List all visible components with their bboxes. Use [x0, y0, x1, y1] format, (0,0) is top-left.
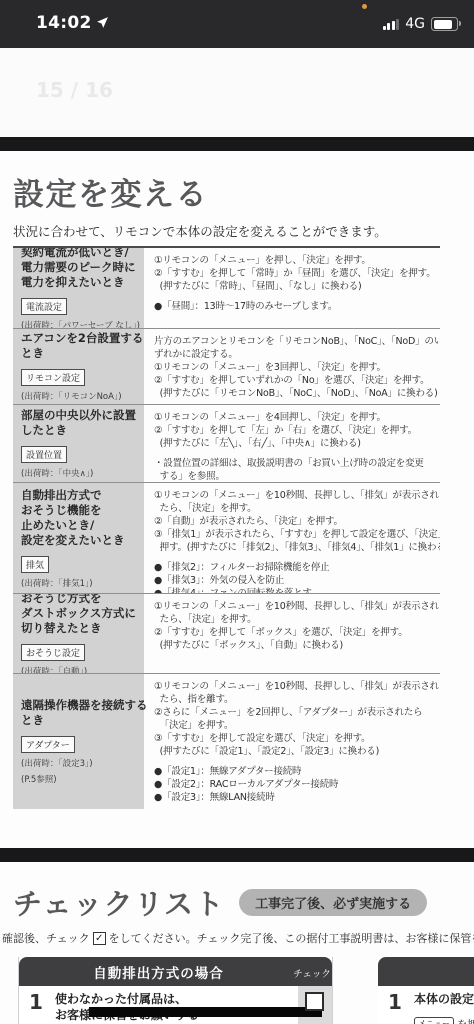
instruction-line: ②「自動」が表示されたら、「決定」を押す。 — [154, 515, 440, 528]
settings-row-left: 遠隔操作機器を接続するときアダプター(出荷時：「設定3」)(P.5参照) — [13, 674, 144, 809]
checklist-box-body: 1 本体の設定が メニュー を押し — [378, 986, 474, 1024]
instruction-line: ②さらに「メニュー」を2回押し、「アダプター」が表示されたら — [154, 706, 440, 719]
setting-tag-wrap: 設置位置 — [21, 443, 140, 463]
setting-tag-wrap: 排気 — [21, 553, 140, 573]
instruction-line: 押す。(押すたびに「排気2」、「排気3」、「排気4」、「排気1」に換わる) — [154, 541, 440, 554]
instruction-line: ②「すすむ」を押して「左」か「右」を選び、「決定」を押す。 — [154, 424, 440, 437]
instruction-line: ③「排気1」が表示されたら、「すすむ」を押して設定を選び、「決定」を — [154, 528, 440, 541]
setting-title-line: おそうじ方式を — [21, 594, 140, 606]
signal-strength-icon — [383, 19, 400, 30]
location-arrow-icon — [96, 16, 109, 29]
settings-row-left: エアコンを2台設置するときリモコン設定(出荷時：「リモコンNoA」) — [13, 329, 144, 404]
viewer-background: 15 / 16 — [0, 48, 474, 137]
setting-title-line: 切り替えたとき — [21, 621, 140, 636]
instruction-line: ①リモコンの「メニュー」を3回押し、「決定」を押す。 — [154, 361, 440, 374]
setting-title-line: 電力需要のピーク時に — [21, 260, 140, 275]
recording-indicator-dot — [362, 4, 367, 9]
settings-row: おそうじ方式をダストボックス方式に切り替えたときおそうじ設定(出荷時：「自動」)… — [13, 594, 440, 674]
instruction-line: ①リモコンの「メニュー」を10秒間、長押しし、「排気」が表示され — [154, 680, 440, 693]
item-text: 本体の設定が — [414, 991, 474, 1013]
instruction-line: ②「すすむ」を押して「ボックス」を選び、「決定」を押す。 — [154, 626, 440, 639]
checklist-box-body: 1 使わなかった付属品は、お客様に保管をお願いする — [19, 986, 332, 1024]
instruction-line: ●「排気4」：ファンの回転数を落とす — [154, 587, 440, 593]
instruction-block: ①リモコンの「メニュー」を4回押し、「決定」を押す。②「すすむ」を押して「左」か… — [154, 411, 440, 450]
checklist-box-auto-exhaust: 自動排出方式の場合 チェック 1 使わなかった付属品は、お客様に保管をお願いする — [18, 957, 333, 1024]
page-indicator: 15 / 16 — [36, 78, 113, 102]
instruction-line: (押すたびに「設定1」、「設定2」、「設定3」に換わる) — [154, 745, 440, 758]
instruction-block: ①リモコンの「メニュー」を10秒間、長押しし、「排気」が表示され たら、「決定」… — [154, 600, 440, 652]
instruction-line: ②「すすむ」を押していずれかの「No」を選び、「決定」を押す。 — [154, 374, 440, 387]
item-instruction-suffix: を押し — [457, 1016, 474, 1024]
check-column-label: チェック — [292, 966, 332, 980]
setting-tag-wrap: おそうじ設定 — [21, 641, 140, 661]
checkbox — [305, 992, 324, 1011]
checklist-item: 1 使わなかった付属品は、お客様に保管をお願いする — [19, 986, 332, 1023]
setting-default-note: (出荷時：「排気1」) — [21, 577, 140, 589]
checklist-note: 確認後、チェック ✓ をしてください。チェック完了後、この据付工事説明書は、お客… — [2, 930, 474, 946]
instruction-line: たら、「決定」を押す。 — [154, 502, 440, 515]
instruction-line: ②「すすむ」を押して「常時」か「昼間」を選び、「決定」を押す。 — [154, 267, 440, 280]
instruction-block: ●「排気2」：フィルターお掃除機能を停止●「排気3」：外気の侵入を防止●「排気4… — [154, 561, 440, 593]
settings-row-left: 部屋の中央以外に設置したとき設置位置(出荷時：「中央∧」) — [13, 405, 144, 482]
page-separator-bar — [0, 848, 474, 862]
network-type-label: 4G — [405, 16, 425, 32]
checklist-title: チェックリスト — [13, 882, 225, 923]
instruction-line: ①リモコンの「メニュー」を10秒間、長押しし、「排気」が表示され — [154, 489, 440, 502]
settings-row-right: ①リモコンの「メニュー」を10秒間、長押しし、「排気」が表示され たら、「決定」… — [144, 483, 440, 593]
instruction-line: ●「設定3」：無線LAN接続時 — [154, 791, 440, 804]
setting-title-line: 遠隔操作機器を接続する — [21, 698, 140, 713]
instruction-line: ①リモコンの「メニュー」を10秒間、長押しし、「排気」が表示され — [154, 600, 440, 613]
setting-title-line: エアコンを2台設置する — [21, 331, 140, 346]
instruction-line: ●「設定2」：RACローカルアダプター接続時 — [154, 778, 440, 791]
status-bar: 14:02 4G — [0, 0, 474, 48]
setting-title-line: おそうじ機能を — [21, 503, 140, 518]
instruction-block: 片方のエアコンとリモコンを「リモコンNoB」、「NoC」、「NoD」のいずれかに… — [154, 335, 440, 400]
setting-default-note: (出荷時：「リモコンNoA」) — [21, 390, 140, 402]
item-number: 1 — [388, 991, 414, 1013]
setting-title-line: とき — [21, 713, 140, 728]
section-title: 設定を変える — [13, 169, 208, 214]
setting-title-line: ダストボックス方式に — [21, 606, 140, 621]
checklist-item: 1 本体の設定が — [378, 986, 474, 1013]
settings-row: 自動排出方式でおそうじ機能を止めたいとき/設定を変えたいとき排気(出荷時：「排気… — [13, 483, 440, 594]
setting-tag: 電流設定 — [21, 298, 67, 315]
setting-title-line: 部屋の中央以外に設置 — [21, 408, 140, 423]
instruction-block: ①リモコンの「メニュー」を押し、「決定」を押す。②「すすむ」を押して「常時」か「… — [154, 254, 440, 293]
menu-button-icon: メニュー — [414, 1017, 454, 1024]
instruction-line: ずれかに設定する。 — [154, 348, 440, 361]
checklist-box-header-title: 自動排出方式の場合 — [19, 957, 298, 986]
setting-title-line: したとき — [21, 423, 140, 438]
setting-default-note: (出荷時：「中央∧」) — [21, 467, 140, 479]
setting-tag-wrap: アダプター — [21, 733, 140, 753]
setting-default-note: (出荷時：「パワーセーブ なし」) — [21, 319, 140, 329]
setting-title-line: とき — [21, 346, 140, 361]
setting-default-note: (P.5参照) — [21, 773, 140, 785]
instruction-block: ①リモコンの「メニュー」を10秒間、長押しし、「排気」が表示され たら、指を離す… — [154, 680, 440, 758]
instruction-line: ●「排気2」：フィルターお掃除機能を停止 — [154, 561, 440, 574]
instruction-line: (押すたびに「リモコンNoB」、「NoC」、「NoD」、「NoA」に換わる) — [154, 387, 440, 400]
item-text-line1: 使わなかった付属品は、 — [55, 992, 187, 1006]
setting-default-note: (出荷時：「自動」) — [21, 665, 140, 675]
instruction-line: ①リモコンの「メニュー」を押し、「決定」を押す。 — [154, 254, 440, 267]
clock: 14:02 — [36, 13, 92, 33]
settings-row-left: おそうじ方式をダストボックス方式に切り替えたときおそうじ設定(出荷時：「自動」) — [13, 594, 144, 673]
setting-tag-wrap: リモコン設定 — [21, 366, 140, 386]
instruction-line: ●「昼間」：13時〜17時のみセーブします。 — [154, 300, 440, 313]
instruction-line: たら、指を離す。 — [154, 693, 440, 706]
setting-title-line: 設定を変えたいとき — [21, 533, 140, 548]
settings-row-left: 契約電流が低いとき/電力需要のピーク時に電力を抑えたいとき電流設定(出荷時：「パ… — [13, 248, 144, 328]
setting-default-note: (出荷時：「設定3」) — [21, 757, 140, 769]
settings-row-right: ①リモコンの「メニュー」を10秒間、長押しし、「排気」が表示され たら、「決定」… — [144, 594, 440, 673]
settings-row: 遠隔操作機器を接続するときアダプター(出荷時：「設定3」)(P.5参照)①リモコ… — [13, 674, 440, 809]
setting-title-line: 電力を抑えたいとき — [21, 275, 140, 290]
settings-row-right: ①リモコンの「メニュー」を押し、「決定」を押す。②「すすむ」を押して「常時」か「… — [144, 248, 440, 328]
section-intro: 状況に合わせて、リモコンで本体の設定を変えることができます。 — [13, 222, 387, 240]
instruction-line: (押すたびに「常時」、「昼間」、「なし」に換わる) — [154, 280, 440, 293]
instruction-line: (押すたびに「ボックス」、「自動」に換わる) — [154, 639, 440, 652]
instruction-block: ●「設定1」：無線アダプター接続時●「設定2」：RACローカルアダプター接続時●… — [154, 765, 440, 804]
checklist-badge: 工事完了後、必ず実施する — [239, 889, 427, 916]
battery-icon — [431, 17, 458, 31]
settings-row: エアコンを2台設置するときリモコン設定(出荷時：「リモコンNoA」)片方のエアコ… — [13, 329, 440, 405]
instruction-line: ③「すすむ」を押して設定を選び、「決定」を押す。 — [154, 732, 440, 745]
redaction-bar — [89, 1007, 322, 1017]
item-number: 1 — [29, 991, 55, 1023]
settings-table: 契約電流が低いとき/電力需要のピーク時に電力を抑えたいとき電流設定(出荷時：「パ… — [13, 246, 440, 809]
instruction-line: (押すたびに「左╲」、「右╱」、「中央∧」に換わる) — [154, 437, 440, 450]
setting-tag: アダプター — [21, 736, 75, 753]
checkmark-icon: ✓ — [93, 932, 106, 945]
settings-row-right: 片方のエアコンとリモコンを「リモコンNoB」、「NoC」、「NoD」のいずれかに… — [144, 329, 440, 404]
settings-row-right: ①リモコンの「メニュー」を4回押し、「決定」を押す。②「すすむ」を押して「左」か… — [144, 405, 440, 482]
checklist-note-prefix: 確認後、チェック — [2, 930, 90, 946]
setting-tag: おそうじ設定 — [21, 644, 85, 661]
settings-row: 契約電流が低いとき/電力需要のピーク時に電力を抑えたいとき電流設定(出荷時：「パ… — [13, 248, 440, 329]
status-icons: 4G — [383, 0, 458, 48]
instruction-line: ①リモコンの「メニュー」を4回押し、「決定」を押す。 — [154, 411, 440, 424]
setting-tag: 排気 — [21, 556, 49, 573]
settings-row: 部屋の中央以外に設置したとき設置位置(出荷時：「中央∧」)①リモコンの「メニュー… — [13, 405, 440, 483]
page-top-edge-bar — [0, 137, 474, 151]
setting-title-line: 契約電流が低いとき/ — [21, 248, 140, 260]
item-instruction-line: メニュー を押し — [414, 1016, 474, 1024]
instruction-line: ・設置位置の詳細は、取扱説明書の「お買い上げ時の設定を変更 — [154, 457, 440, 470]
instruction-line: たら、「決定」を押す。 — [154, 613, 440, 626]
instruction-block: ・設置位置の詳細は、取扱説明書の「お買い上げ時の設定を変更 する」を参照。 — [154, 457, 440, 482]
checklist-box-right: 1 本体の設定が メニュー を押し — [378, 957, 474, 1024]
document-page: 設定を変える 状況に合わせて、リモコンで本体の設定を変えることができます。 契約… — [0, 151, 474, 848]
settings-row-left: 自動排出方式でおそうじ機能を止めたいとき/設定を変えたいとき排気(出荷時：「排気… — [13, 483, 144, 593]
instruction-line: ●「設定1」：無線アダプター接続時 — [154, 765, 440, 778]
checklist-box-header — [378, 957, 474, 986]
checklist-note-suffix: をしてください。チェック完了後、この据付工事説明書は、お客様に保管をお願い — [109, 930, 474, 946]
checklist-header: チェックリスト 工事完了後、必ず実施する — [13, 882, 427, 923]
phone-screen: 14:02 4G 15 / 16 設定を変える 状況に合わせて、リモコンで本体の… — [0, 0, 474, 1024]
instruction-line: する」を参照。 — [154, 470, 440, 482]
checklist-section: チェックリスト 工事完了後、必ず実施する 確認後、チェック ✓ をしてください。… — [0, 862, 474, 1024]
instruction-block: ①リモコンの「メニュー」を10秒間、長押しし、「排気」が表示され たら、「決定」… — [154, 489, 440, 554]
instruction-block: ●「昼間」：13時〜17時のみセーブします。 — [154, 300, 440, 313]
setting-title-line: 自動排出方式で — [21, 488, 140, 503]
instruction-line: ●「排気3」：外気の侵入を防止 — [154, 574, 440, 587]
setting-title-line: 止めたいとき/ — [21, 518, 140, 533]
instruction-line: 「決定」を押す。 — [154, 719, 440, 732]
instruction-line: 片方のエアコンとリモコンを「リモコンNoB」、「NoC」、「NoD」のい — [154, 335, 440, 348]
checklist-box-header: 自動排出方式の場合 チェック — [19, 957, 332, 986]
setting-tag: 設置位置 — [21, 446, 67, 463]
setting-tag: リモコン設定 — [21, 369, 85, 386]
setting-tag-wrap: 電流設定 — [21, 295, 140, 315]
settings-row-right: ①リモコンの「メニュー」を10秒間、長押しし、「排気」が表示され たら、指を離す… — [144, 674, 440, 809]
